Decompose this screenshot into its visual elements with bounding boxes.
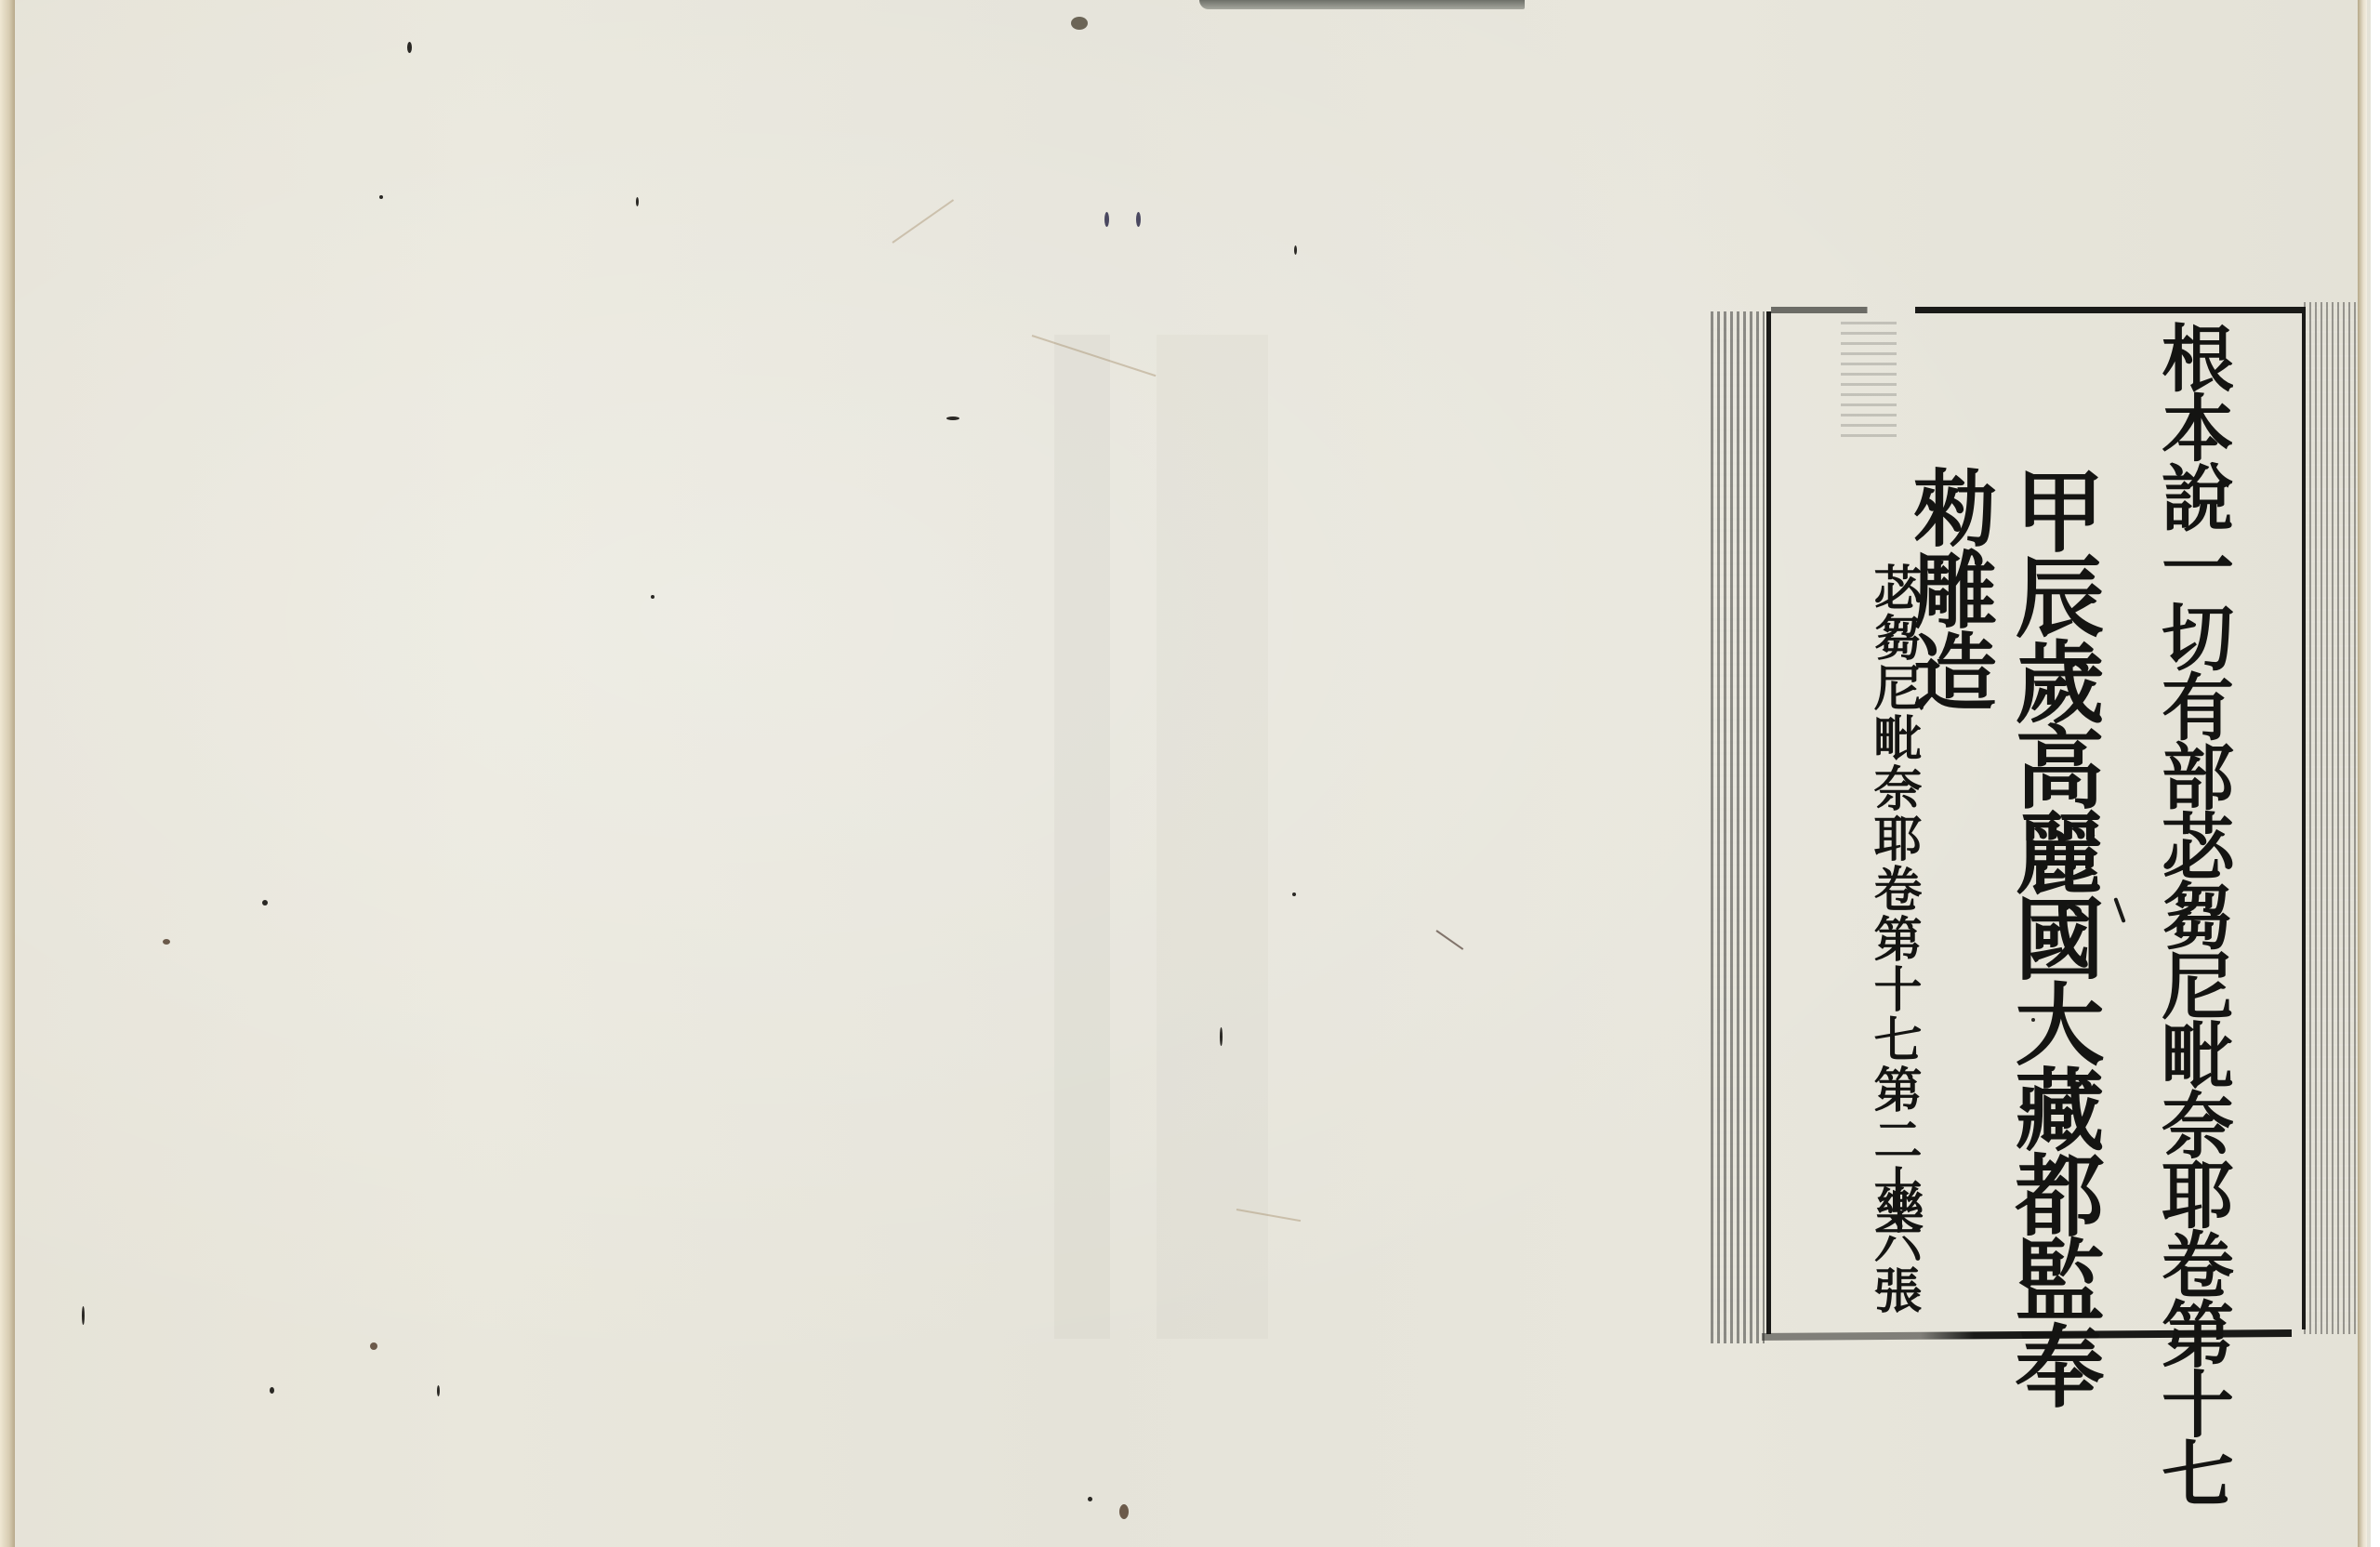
colophon-column: 甲辰歲高麗國大藏都監奉 xyxy=(2008,465,2097,1406)
paper-speck xyxy=(379,195,383,199)
carver-name: 樂 xyxy=(1871,1185,1919,1234)
frame-inner-left-line xyxy=(1766,311,1771,1334)
frame-outer-border-left xyxy=(1711,311,1765,1343)
paper-speck xyxy=(1220,1027,1223,1046)
frame-inner-right-line xyxy=(2302,307,2306,1329)
faint-print-marks xyxy=(1841,316,1897,437)
paper-speck xyxy=(651,595,654,599)
paper-speck xyxy=(1088,1497,1092,1501)
right-binding-edge xyxy=(2358,0,2367,1547)
paper-speck xyxy=(163,939,170,945)
paper-speck xyxy=(1136,212,1141,227)
paper-speck xyxy=(437,1385,440,1396)
paper-speck xyxy=(946,416,959,420)
paper-speck xyxy=(1294,245,1297,255)
paper-speck xyxy=(270,1387,274,1394)
left-binding-edge xyxy=(0,0,15,1547)
paper-speck xyxy=(1119,1504,1129,1519)
sutra-title-column: 根本說一切有部苾芻尼毗奈耶卷第十七 xyxy=(2155,321,2228,1506)
paper-speck xyxy=(262,900,268,906)
frame-top-line xyxy=(1771,307,2306,313)
paper-speck xyxy=(82,1306,85,1325)
paper-speck xyxy=(1292,892,1296,896)
paper-speck xyxy=(1071,17,1088,30)
top-shadow xyxy=(1199,0,1525,9)
paper-speck xyxy=(407,42,412,53)
paper-speck xyxy=(370,1342,377,1350)
fold-shadow xyxy=(1054,335,1110,1339)
frame-outer-border-right xyxy=(2304,302,2358,1334)
paper-speck xyxy=(1104,212,1109,227)
fold-shadow xyxy=(1157,335,1268,1339)
paper-speck xyxy=(636,197,639,206)
scan-margin xyxy=(2371,0,2380,1547)
